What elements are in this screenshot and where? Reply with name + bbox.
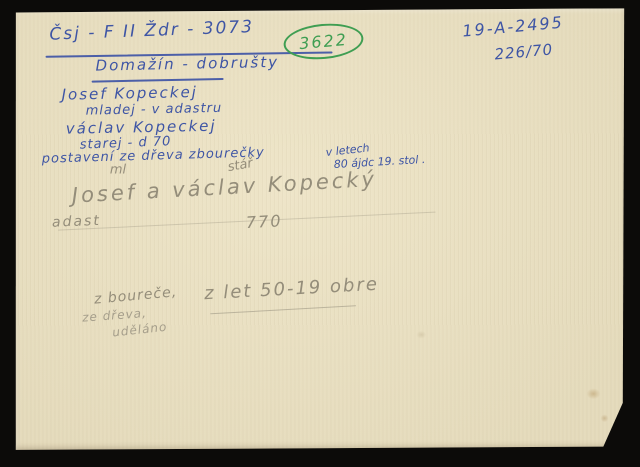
paper-stain	[416, 331, 426, 339]
person2-name-handwriting: václav Kopeckej	[66, 119, 217, 137]
pencil-bottom-note2: ze dřeva,	[82, 307, 147, 324]
person1-note-handwriting: mladej - v adastru	[86, 102, 223, 118]
inventory-line-handwriting: Čsj - F II Ždr - 3073	[49, 19, 254, 44]
person1-name-handwriting: Josef Kopeckej	[61, 85, 198, 103]
pencil-underline	[210, 305, 356, 314]
photo-scan-background: Čsj - F II Ždr - 3073 3622 19-A-2495 226…	[0, 0, 640, 467]
photo-card-back: Čsj - F II Ždr - 3073 3622 19-A-2495 226…	[13, 8, 626, 451]
paper-stain	[586, 388, 600, 399]
circled-number: 3622	[299, 31, 349, 51]
catalog-number-handwriting: 19-A-2495	[462, 15, 565, 40]
pencil-abbrev-ml: ml	[110, 164, 126, 177]
pencil-bottom-note1: z boureče,	[94, 285, 178, 306]
ink-underline	[92, 78, 224, 82]
place-name-handwriting: Domažín - dobrušty	[95, 55, 279, 74]
pencil-bottom-note1b: z let 50-19 obre	[204, 276, 380, 304]
pencil-abbrev-star: stář	[227, 157, 254, 174]
catalog-subnumber-handwriting: 226/70	[494, 42, 554, 62]
pencil-number-handwriting: 770	[246, 213, 283, 231]
paper-stain	[600, 414, 608, 422]
pencil-bottom-note3: uděláno	[112, 321, 168, 339]
green-oval-circle: 3622	[282, 20, 365, 62]
pencil-adast-handwriting: adast	[52, 214, 101, 230]
